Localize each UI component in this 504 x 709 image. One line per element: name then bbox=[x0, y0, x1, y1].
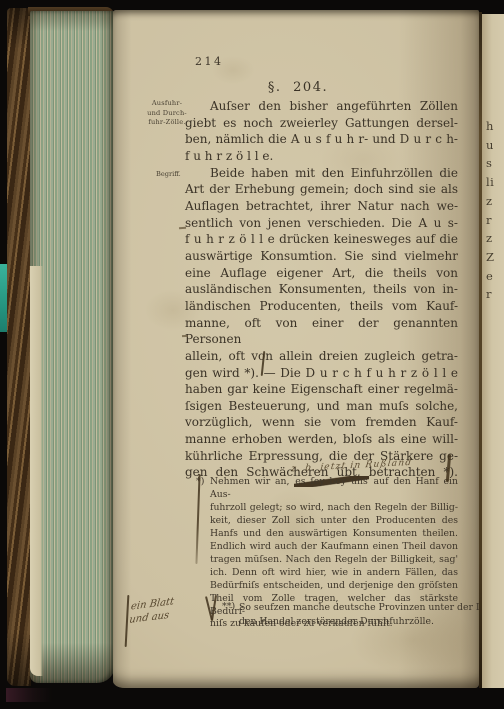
margin-note-toll-types: Ausfuhr- und Durch- fuhr-Zölle. bbox=[145, 99, 189, 128]
footnote-line: Hanfs und den auswärtigen Konsumenten th… bbox=[210, 528, 458, 541]
body-line: ausländischen Konsumenten, theils von in… bbox=[185, 281, 458, 298]
book-photo: 214 §. 204. Ausfuhr- und Durch- fuhr-Zöl… bbox=[0, 0, 504, 709]
body-line: Beide haben mit den Einfuhrzöllen die bbox=[185, 165, 458, 182]
body-line: auswärtige Konsumtion. Sie sind vielmehr bbox=[185, 248, 458, 265]
facing-letter: h bbox=[486, 117, 495, 136]
footnote-line: Endlich wird auch der Kaufmann einen The… bbox=[210, 541, 458, 554]
footnote2-marker: **) bbox=[222, 601, 235, 612]
margin-dash-mark bbox=[182, 335, 188, 337]
footnote-line: den Handel zerstörender Durchfuhrzölle. bbox=[239, 615, 479, 629]
body-line: giebt es noch zweierley Gattungen dersel… bbox=[185, 115, 458, 132]
body-line: ländischen Producenten, theils vom Kauf- bbox=[185, 298, 458, 315]
footnote-line: Bedürfniſs entscheiden, und derjenige de… bbox=[210, 580, 458, 593]
facing-letter: Z bbox=[486, 248, 495, 267]
footnote-line: Nehmen wir an, es ſey bey uns auf den Ha… bbox=[210, 476, 458, 502]
facing-letter: u bbox=[486, 136, 495, 155]
body-line: gen wird *). — Die D u r c h f u h r z ö… bbox=[185, 365, 458, 382]
facing-letter: z bbox=[486, 229, 495, 248]
facing-page-edge-text: h u s li z r z Z e r bbox=[486, 117, 495, 304]
body-line: Auflagen betrachtet, ihrer Natur nach we… bbox=[185, 198, 458, 215]
body-line: manne erhoben werden, bloſs als eine wil… bbox=[185, 431, 458, 448]
body-line: eine Auflage eigener Art, die theils von bbox=[185, 265, 458, 282]
margin-note-begriff: Begriff. bbox=[156, 170, 181, 178]
book-cover-edge bbox=[7, 8, 31, 686]
book-page: 214 §. 204. Ausfuhr- und Durch- fuhr-Zöl… bbox=[113, 10, 479, 688]
body-line: sentlich von jenen verschieden. Die A u … bbox=[185, 215, 458, 232]
body-line: allein, oft von allein dreien zugleich g… bbox=[185, 348, 458, 365]
section-heading: §. 204. bbox=[173, 80, 423, 95]
page-fore-edges bbox=[30, 11, 115, 683]
body-line: ſsigen Besteuerung, und man muſs solche, bbox=[185, 398, 458, 415]
footnote-line: tragen müſsen. Nach den Regeln der Billi… bbox=[210, 554, 458, 567]
footnote-line: fuhrzoll gelegt; so wird, nach den Regel… bbox=[210, 502, 458, 515]
footnote-line: keit, dieser Zoll sich unter den Produce… bbox=[210, 515, 458, 528]
body-text: Auſser den bisher angeführten Zöllen gie… bbox=[185, 98, 458, 481]
facing-letter: e bbox=[486, 267, 495, 286]
handwritten-margin-scribble: ein Blatt und aus bbox=[129, 595, 175, 627]
facing-letter: li bbox=[486, 173, 495, 192]
footnote-2: So seufzen manche deutsche Provinzen unt… bbox=[239, 601, 479, 628]
footnote-line: ich. Denn oft wird hier, wie in andern F… bbox=[210, 567, 458, 580]
margin-note-line: Ausfuhr- bbox=[145, 99, 189, 109]
body-line: f u h r z ö l l e. bbox=[185, 148, 458, 165]
facing-page-sliver: h u s li z r z Z e r bbox=[482, 14, 504, 688]
body-line: Auſser den bisher angeführten Zöllen bbox=[185, 98, 458, 115]
struck-through-text: es ſey bey uns bbox=[294, 476, 368, 487]
cover-bottom-smudge bbox=[6, 688, 52, 702]
body-line: vorzüglich, wenn sie vom fremden Kauf- bbox=[185, 414, 458, 431]
facing-letter: r bbox=[486, 211, 495, 230]
body-line: haben gar keine Eigenschaft einer regelm… bbox=[185, 381, 458, 398]
body-line: ben, nämlich die A u s f u h r- und D u … bbox=[185, 131, 458, 148]
margin-note-line: fuhr-Zölle. bbox=[145, 118, 189, 128]
body-line: f u h r z ö l l e drücken keinesweges au… bbox=[185, 231, 458, 248]
facing-letter: z bbox=[486, 192, 495, 211]
body-line: Art der Erhebung gemein; doch sind sie a… bbox=[185, 181, 458, 198]
facing-letter: r bbox=[486, 285, 495, 304]
footnote-line: So seufzen manche deutsche Provinzen unt… bbox=[239, 601, 479, 615]
margin-note-line: und Durch- bbox=[145, 109, 189, 119]
footnote-text: Nehmen wir an, bbox=[210, 476, 294, 487]
facing-letter: s bbox=[486, 154, 495, 173]
pen-stroke-footnote-marker bbox=[195, 474, 200, 564]
body-line: manne, oft von einer der genannten Perso… bbox=[185, 315, 458, 348]
page-number: 214 bbox=[195, 55, 224, 68]
